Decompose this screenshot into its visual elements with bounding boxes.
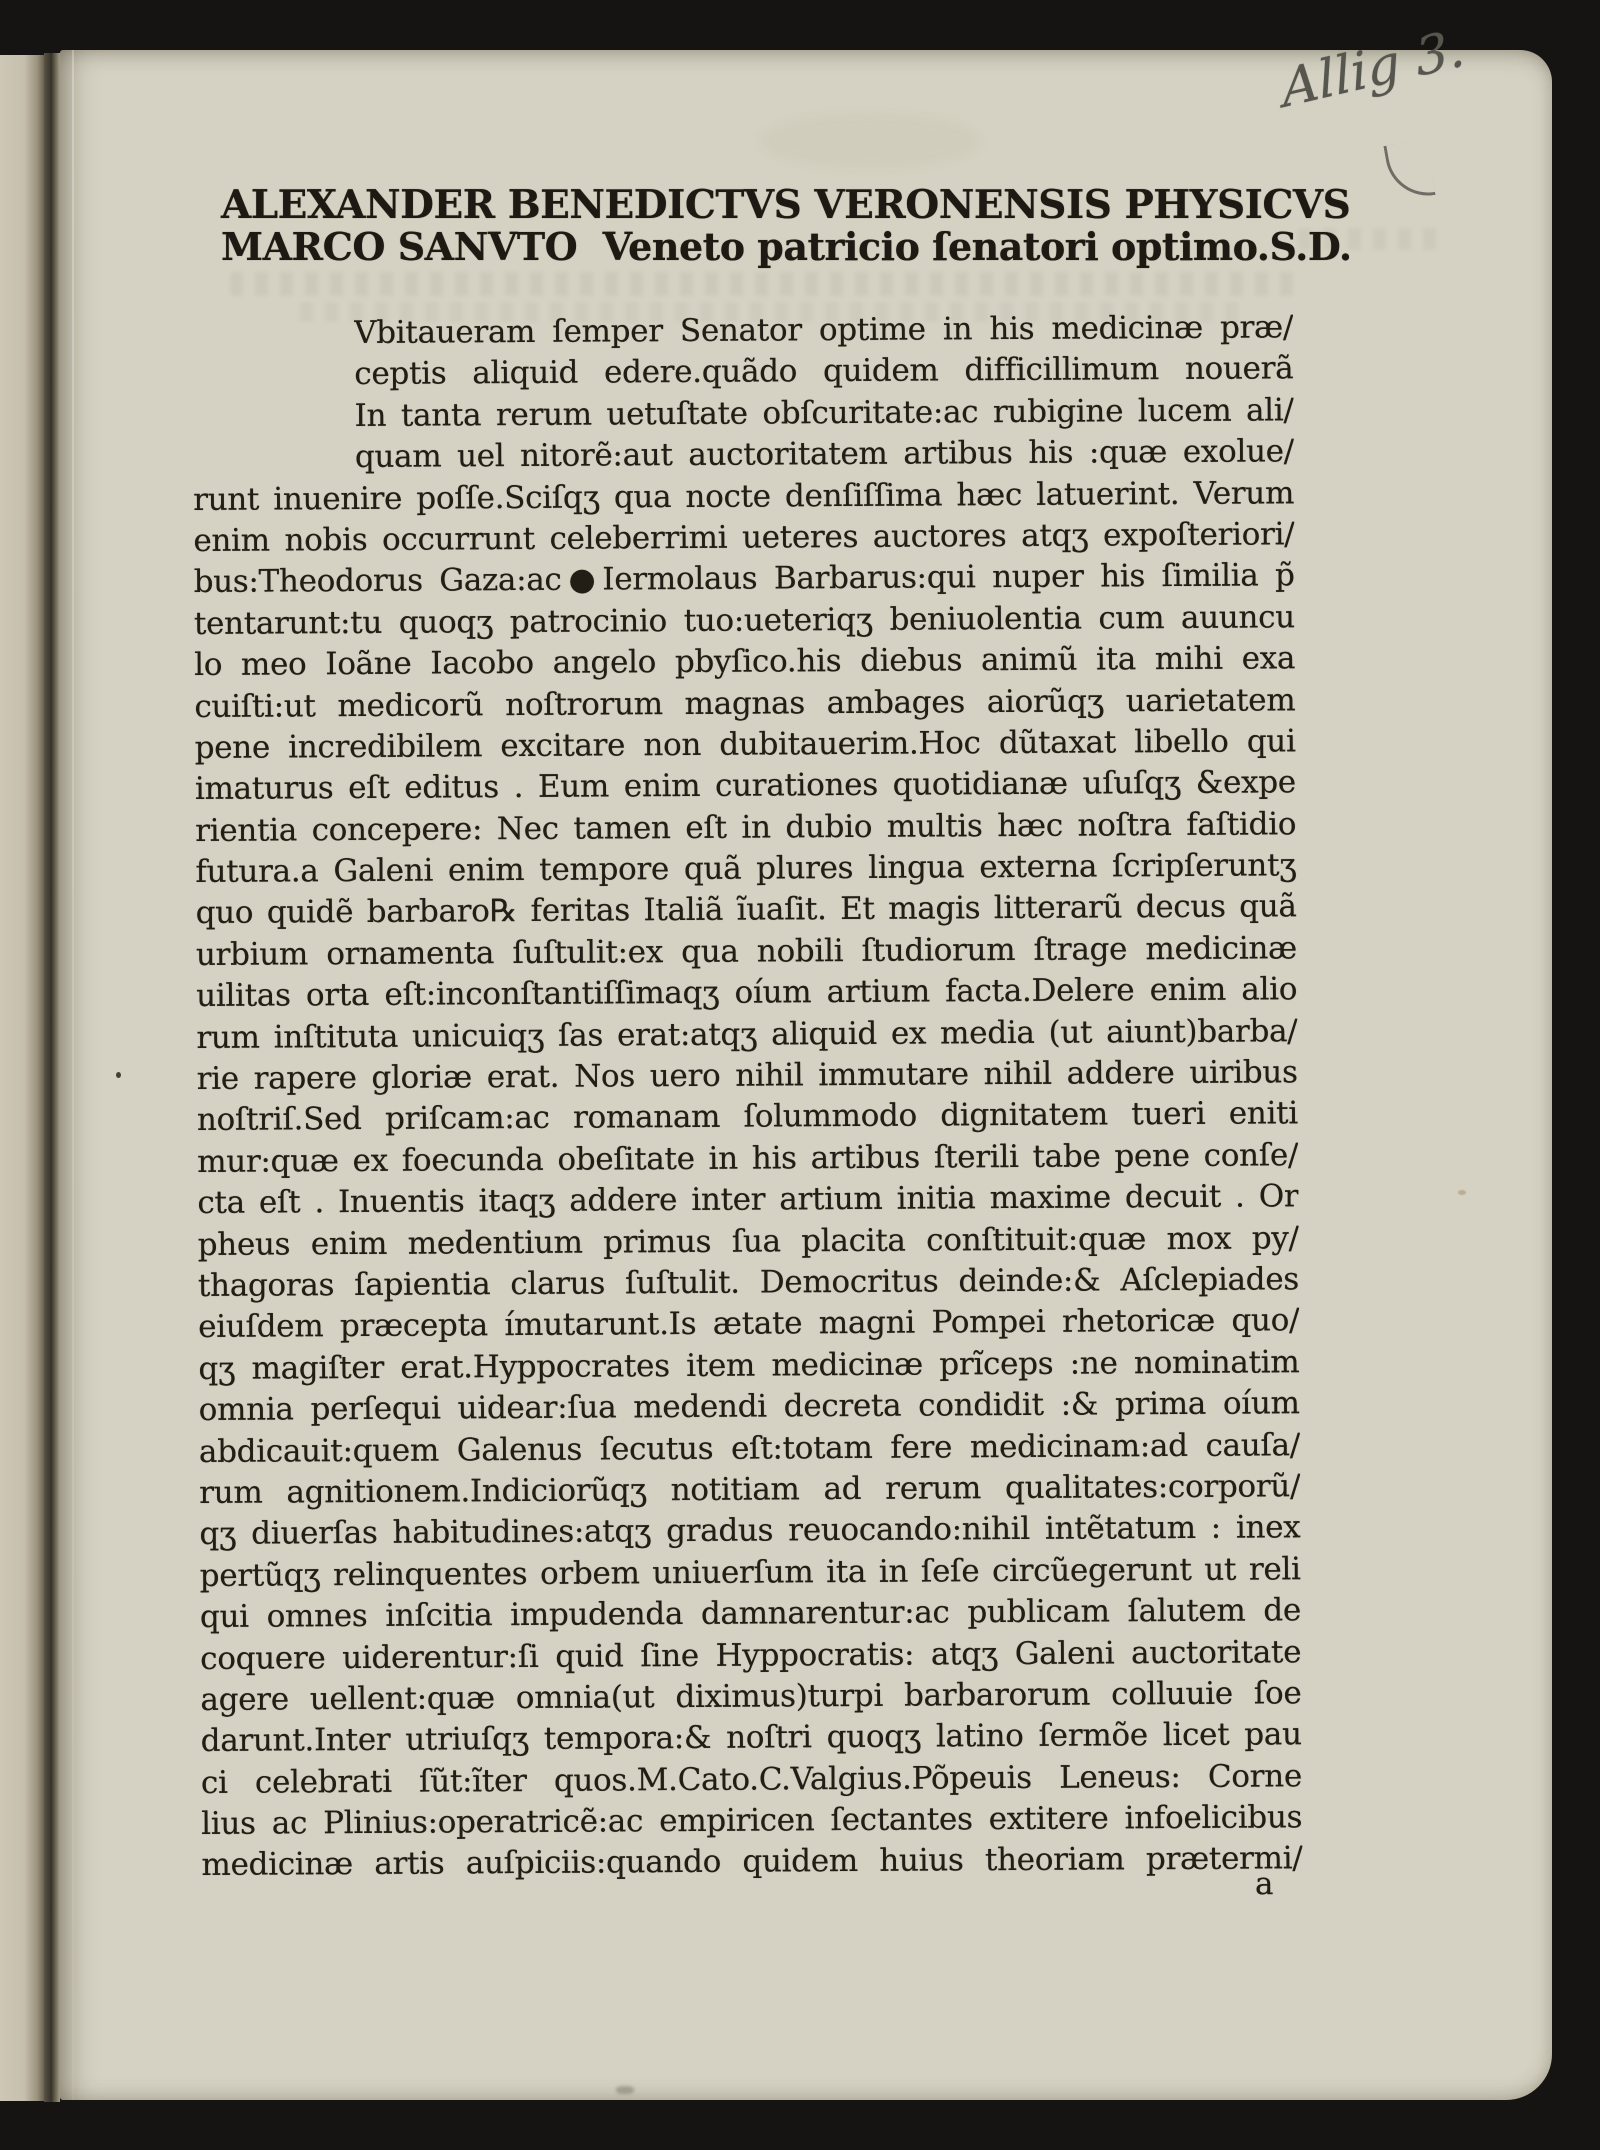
paper-stain (1458, 1190, 1466, 1195)
text-line: urbium ornamenta ſuſtulit:ex qua nobili … (196, 928, 1297, 976)
paper-stain (760, 114, 980, 168)
text-line: ci celebrati ſũt:ĩter quos.M.Cato.C.Valg… (201, 1756, 1302, 1804)
text-line: noſtriſ.Sed priſcam:ac romanam ſolummodo… (197, 1094, 1298, 1142)
text-line: pheus enim medentium primus ſua placita … (198, 1218, 1299, 1266)
ink-speck (116, 1072, 121, 1078)
text-line: ceptis aliquid edere.quãdo quidem diffic… (354, 349, 1293, 396)
text-line: imaturus eſt editus . Eum enim curatione… (195, 763, 1296, 811)
dedication-title-line1: ALEXANDER BENEDICTVS VERONENSIS PHYSICVS (221, 184, 1322, 226)
text-line: tentarunt:tu quoqʒ patrocinio tuo:ueteri… (194, 597, 1295, 645)
paper-smudge (616, 2086, 634, 2094)
text-line: thagoras ſapientia clarus ſuſtulit. Demo… (198, 1259, 1299, 1307)
text-line: agere uellent:quæ omnia(ut diximus)turpi… (200, 1673, 1301, 1721)
text-line: pertũqʒ relinquentes orbem uniuerſum ita… (200, 1549, 1301, 1597)
underlying-page-edge (0, 55, 44, 2101)
text-line: qʒ diuerſas habitudines:atqʒ gradus reuo… (199, 1508, 1300, 1556)
text-line: qʒ magiſter erat.Hyppocrates item medici… (198, 1342, 1299, 1390)
text-line: qui omnes inſcitia impudenda damnarentur… (200, 1590, 1301, 1638)
text-line: coquere uiderentur:ſi quid ſine Hyppocra… (200, 1632, 1301, 1680)
text-line: quo quidẽ barbaro℞ feritas Italiã ĩuaſit… (196, 887, 1297, 935)
text-line: eiuſdem præcepta ímutarunt.Is ætate magn… (198, 1301, 1299, 1349)
text-line: cta eſt . Inuentis itaqʒ addere inter ar… (197, 1176, 1298, 1224)
text-line: rum inſtituta unicuiqʒ ſas erat:atqʒ ali… (196, 1011, 1297, 1059)
book-gutter (44, 53, 60, 2102)
text-line: abdicauit:quem Galenus ſecutus eſt:totam… (199, 1425, 1300, 1473)
book-page: Allig 3. ALEXANDER BENEDICTVS VERONENSIS… (60, 50, 1552, 2100)
text-line: Vbitaueram ſemper Senator optime in his … (354, 307, 1293, 354)
text-line: rientia concepere: Nec tamen eſt in dubi… (195, 804, 1296, 852)
scan-background: Allig 3. ALEXANDER BENEDICTVS VERONENSIS… (0, 0, 1600, 2150)
text-line: enim nobis occurrunt celeberrimi ueteres… (193, 514, 1294, 562)
text-line: runt inuenire poſſe.Sciſqʒ qua nocte den… (193, 473, 1294, 521)
text-block: Vbitaueram ſemper Senator optime in his … (192, 307, 1303, 1887)
show-through-text (230, 272, 1295, 296)
text-line: medicinæ artis auſpiciis:quando quidem h… (201, 1839, 1302, 1887)
dedication-header: ALEXANDER BENEDICTVS VERONENSIS PHYSICVS… (221, 184, 1322, 268)
handwritten-flourish (1383, 139, 1435, 203)
text-line: futura.a Galeni enim tempore quã plures … (195, 845, 1296, 893)
page-fold-line (72, 50, 74, 2100)
text-line: lo meo Ioãne Iacobo angelo pbyſico.his d… (194, 638, 1295, 686)
signature-mark: a (1255, 1866, 1273, 1902)
text-line: bus:Theodorus Gaza:ac●Iermolaus Barbarus… (194, 556, 1295, 604)
text-line: omnia perſequi uidear:ſua medendi decret… (199, 1383, 1300, 1431)
text-line: rum agnitionem.Indiciorũqʒ notitiam ad r… (199, 1466, 1300, 1514)
text-line: lius ac Plinius:operatricẽ:ac empiricen … (201, 1797, 1302, 1845)
text-line: pene incredibilem excitare non dubitauer… (195, 721, 1296, 769)
handwritten-annotation: Allig 3. (1279, 20, 1468, 118)
text-line: darunt.Inter utriuſqʒ tempora:& noſtri q… (201, 1715, 1302, 1763)
text-line: quam uel nitorẽ:aut auctoritatem artibus… (355, 431, 1294, 478)
text-line: In tanta rerum uetuſtate obſcuritate:ac … (355, 390, 1294, 437)
dedication-title-line2: MARCO SANVTO Veneto patricio ſenatori op… (221, 226, 1322, 268)
text-line: uilitas orta eſt:inconſtantiſſimaqʒ oíum… (196, 970, 1297, 1018)
text-line: mur:quæ ex foecunda obeſitate in his art… (197, 1135, 1298, 1183)
text-line: rie rapere gloriæ erat. Nos uero nihil i… (197, 1052, 1298, 1100)
text-line: cuiſti:ut medicorũ noſtrorum magnas amba… (194, 680, 1295, 728)
